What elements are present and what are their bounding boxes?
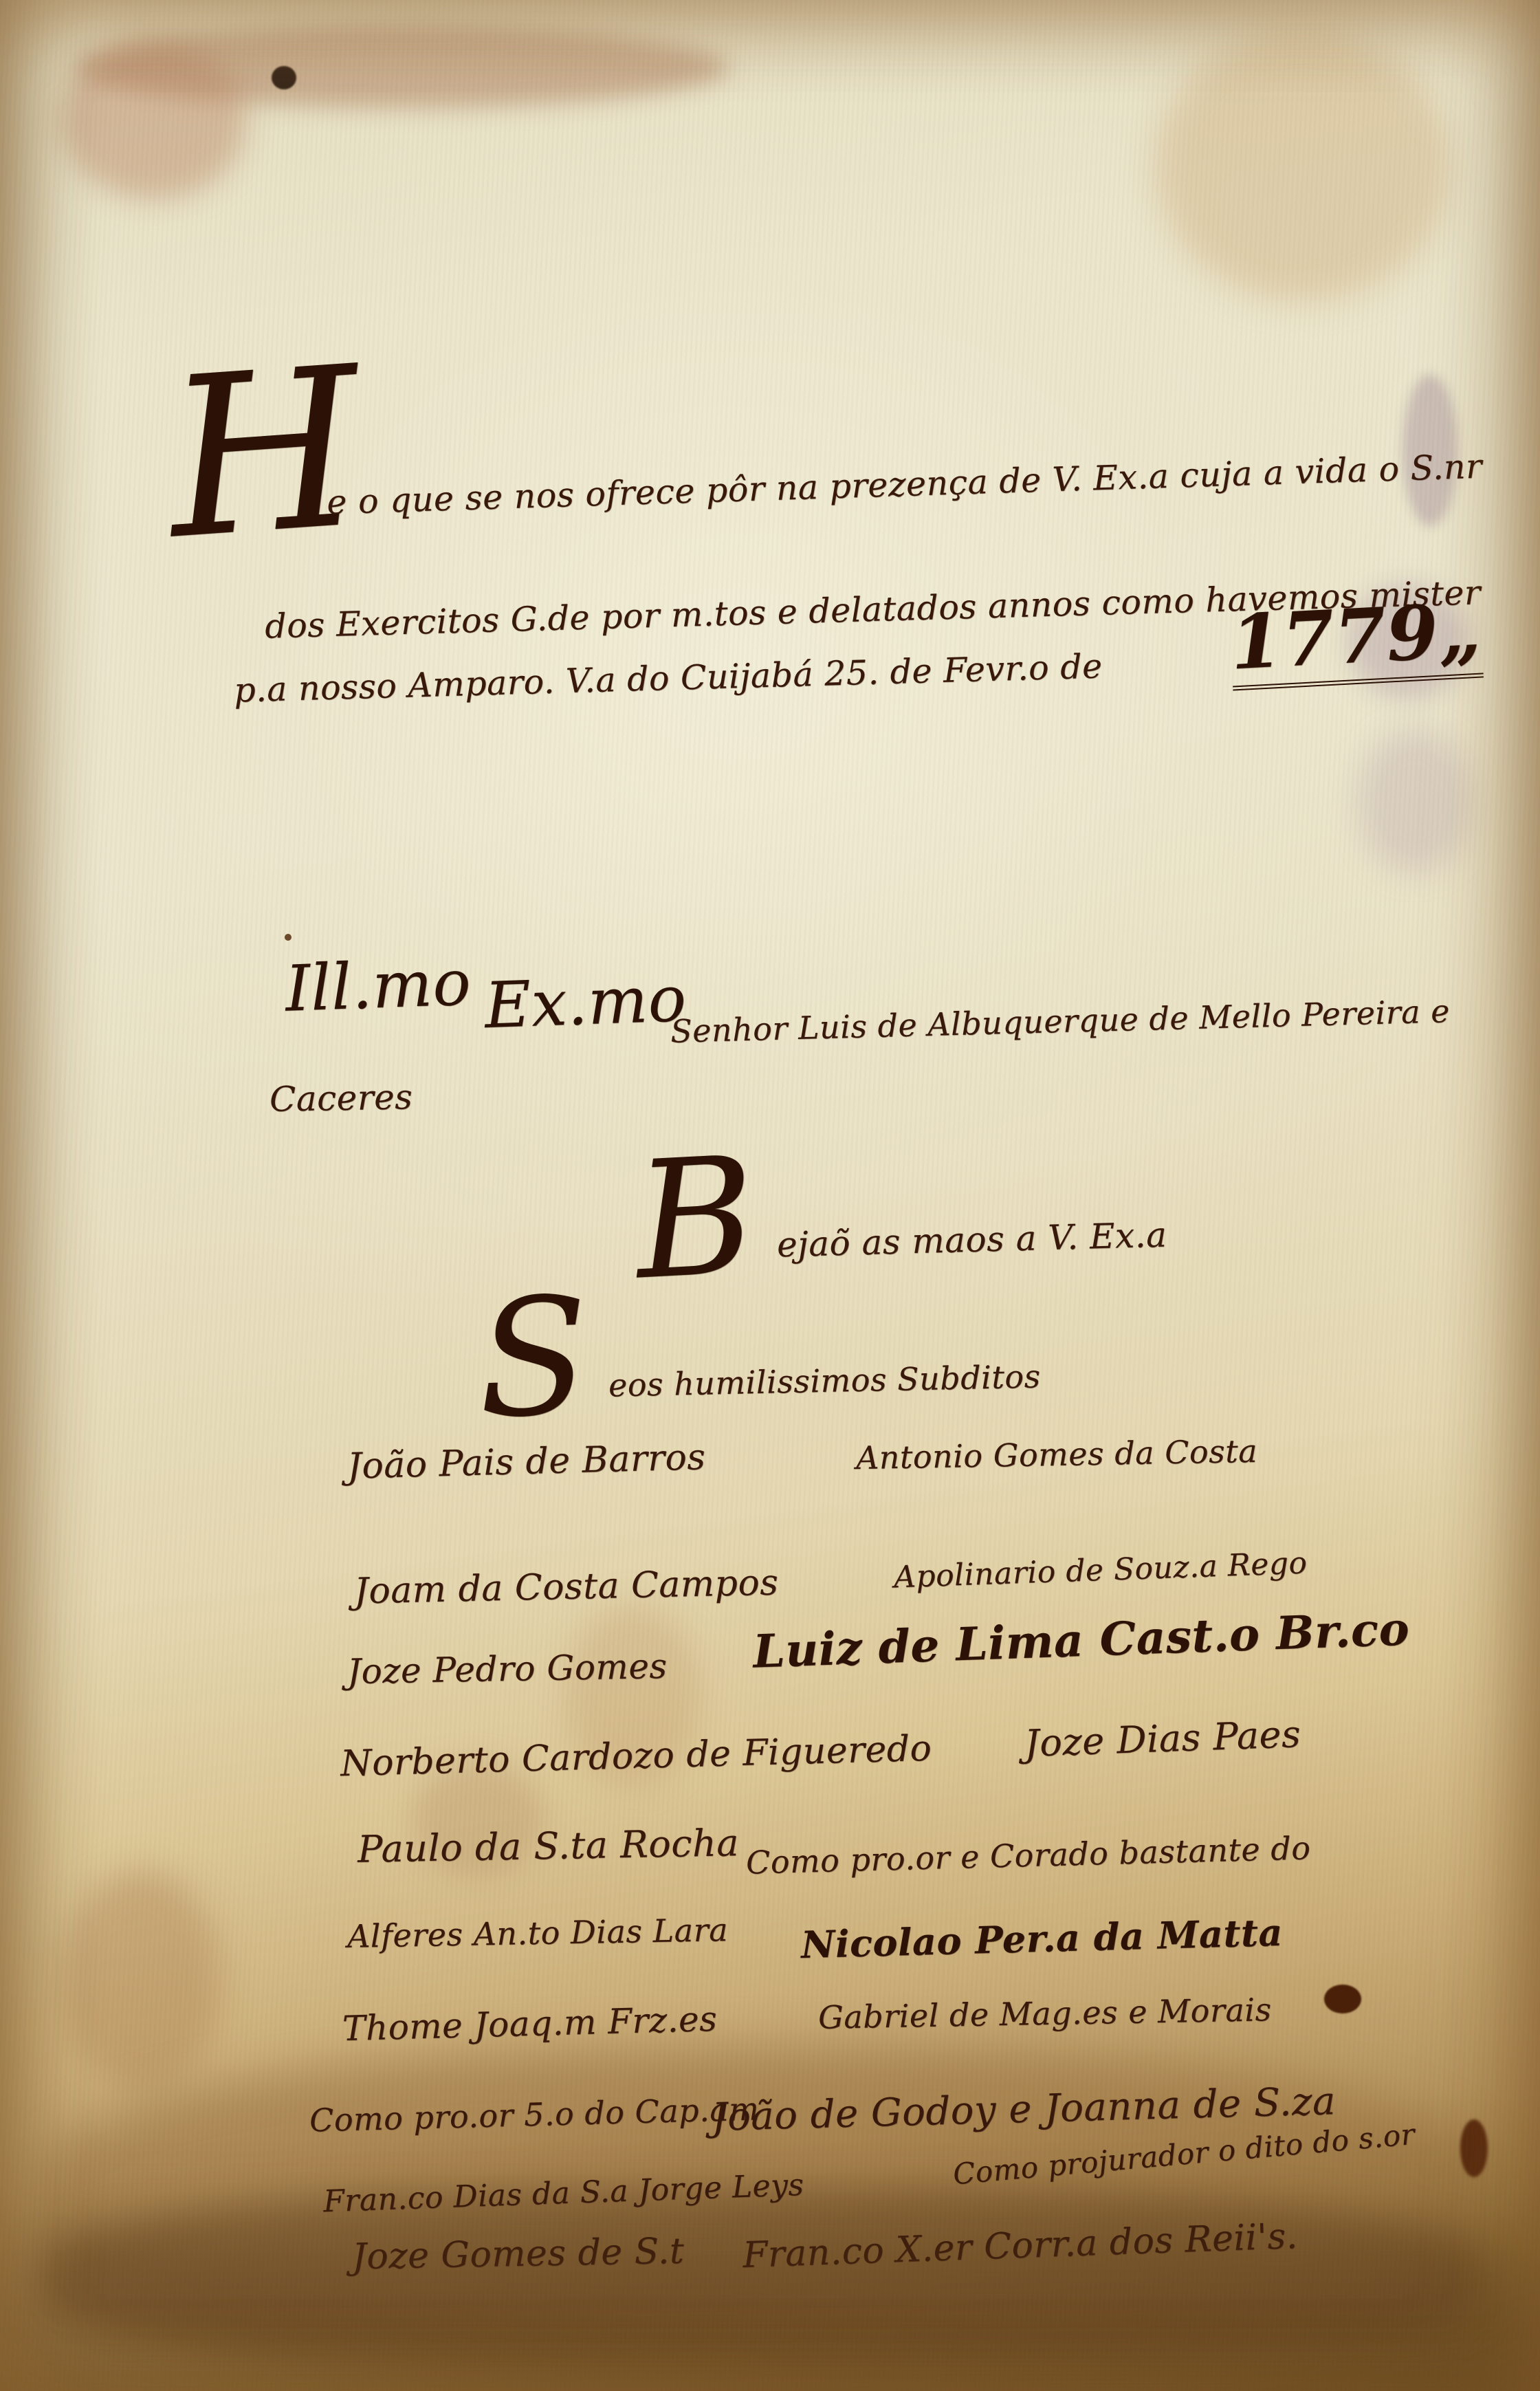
photograph-of-manuscript: H e o que se nos ofrece pôr na prezença … [0,0,1540,2391]
manuscript-paper: H e o que se nos ofrece pôr na prezença … [0,0,1540,2391]
paper-vignette [0,0,1540,2391]
